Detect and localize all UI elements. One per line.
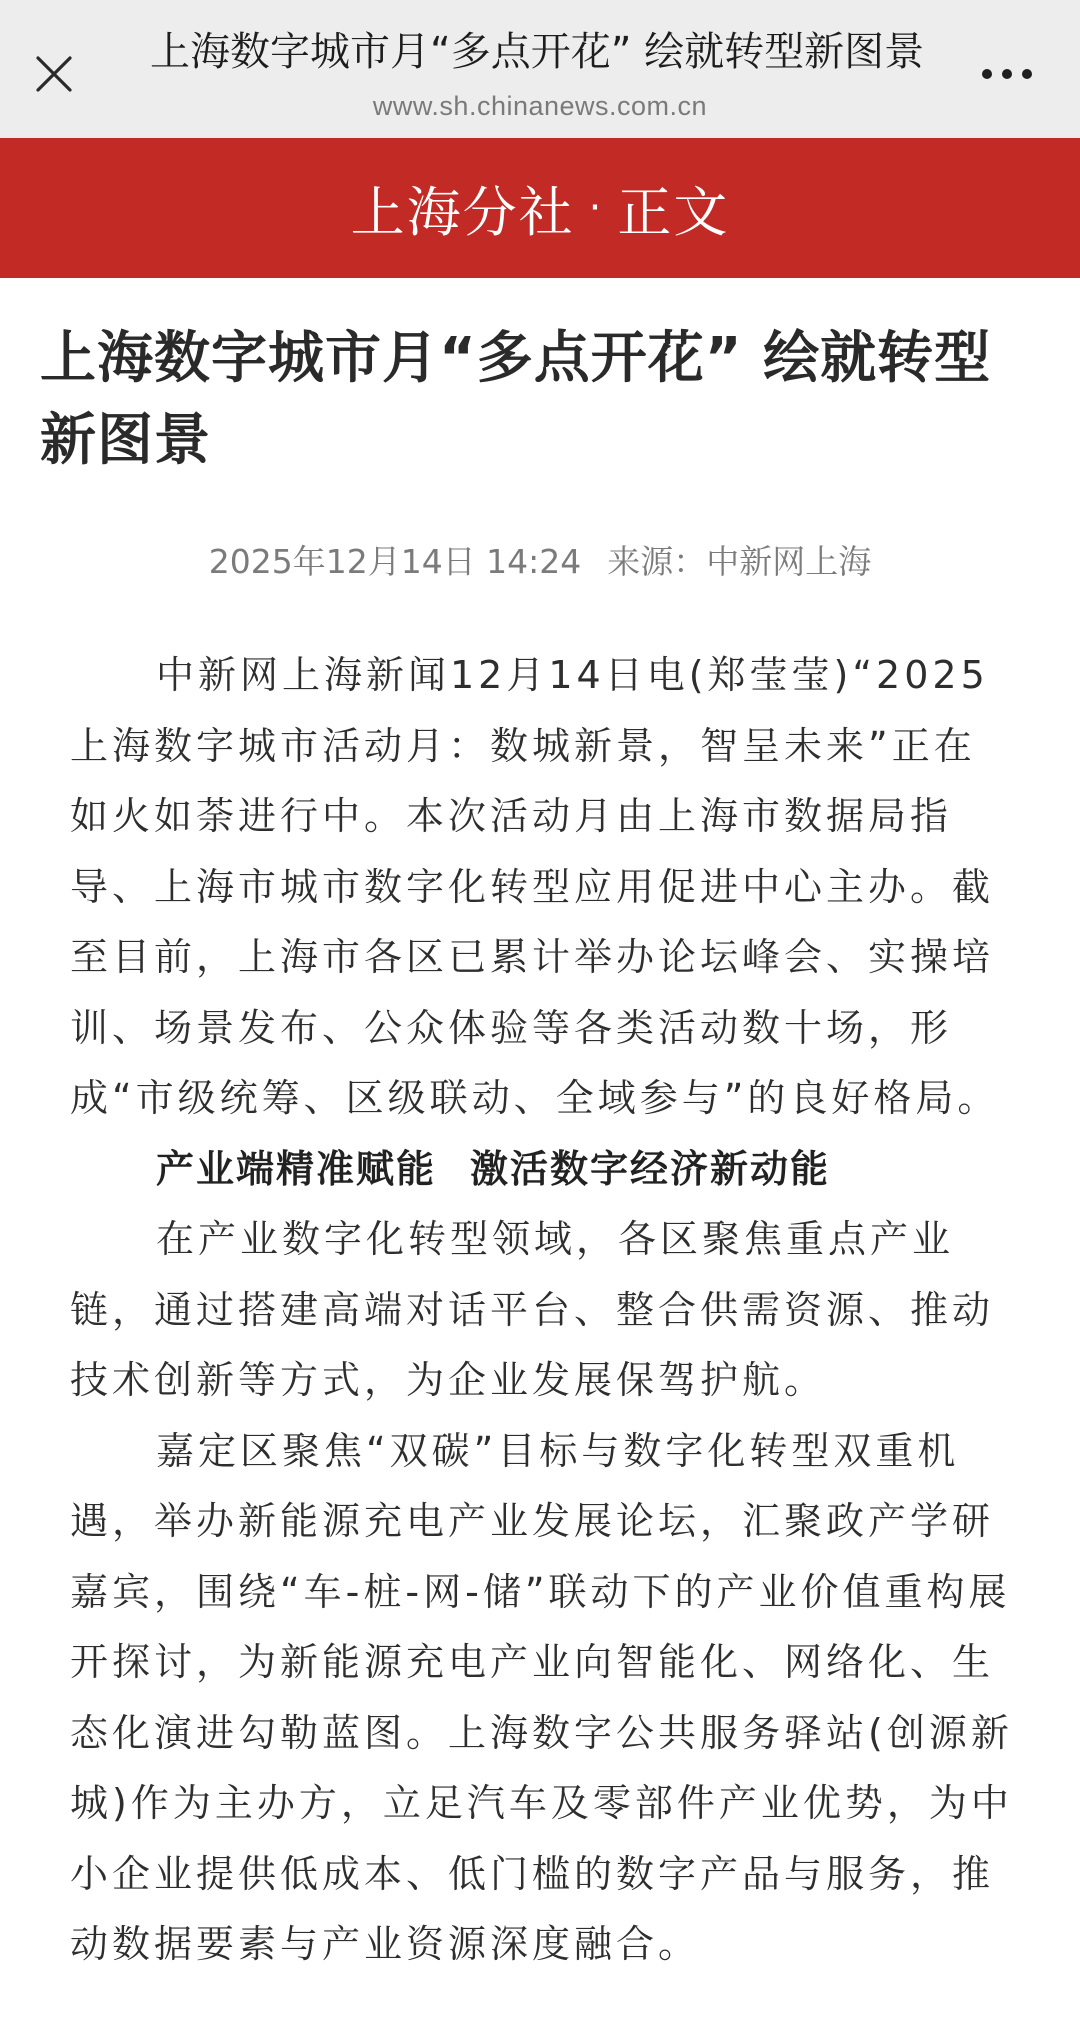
more-horizontal-icon-dot	[982, 69, 992, 79]
close-button[interactable]	[24, 44, 84, 104]
more-horizontal-icon-dot	[1002, 69, 1012, 79]
article-source: 来源：中新网上海	[607, 542, 871, 581]
more-horizontal-icon-dot	[1022, 69, 1032, 79]
article-paragraph: 嘉定区聚焦“双碳”目标与数字化转型双重机遇，举办新能源充电产业发展论坛，汇聚政产…	[70, 1416, 1016, 1980]
article-subheading: 产业端精准赋能激活数字经济新动能	[70, 1134, 1016, 1205]
subheading-part-1: 产业端精准赋能	[156, 1147, 436, 1191]
page-url: www.sh.chinanews.com.cn	[150, 88, 930, 124]
article-body: 中新网上海新闻12月14日电(郑莹莹)“2025上海数字城市活动月：数城新景，智…	[70, 640, 1016, 1980]
browser-top-bar: 上海数字城市月“多点开花” 绘就转型新图景 www.sh.chinanews.c…	[0, 0, 1080, 138]
article-title: 上海数字城市月“多点开花” 绘就转型新图景	[40, 318, 1040, 482]
banner-page-name: 正文	[617, 170, 729, 247]
article-meta: 2025年12月14日 14:24来源：中新网上海	[0, 538, 1080, 586]
article-datetime: 2025年12月14日 14:24	[209, 542, 582, 581]
banner-separator: ·	[589, 185, 604, 231]
subheading-part-2: 激活数字经济新动能	[470, 1147, 830, 1191]
article-paragraph: 在产业数字化转型领域，各区聚焦重点产业链，通过搭建高端对话平台、整合供需资源、推…	[70, 1204, 1016, 1416]
more-options-button[interactable]	[964, 44, 1050, 104]
section-banner: 上海分社 · 正文	[0, 138, 1080, 278]
article-paragraph: 中新网上海新闻12月14日电(郑莹莹)“2025上海数字城市活动月：数城新景，智…	[70, 640, 1016, 1134]
page-title: 上海数字城市月“多点开花” 绘就转型新图景	[150, 24, 930, 80]
close-icon	[34, 54, 74, 94]
banner-section-name: 上海分社	[351, 170, 575, 247]
